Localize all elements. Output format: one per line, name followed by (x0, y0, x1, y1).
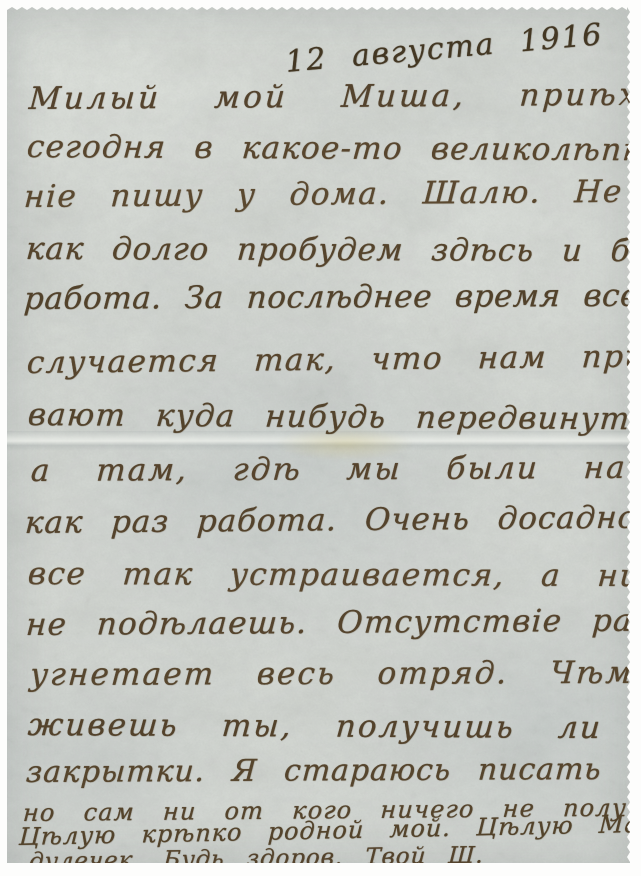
letter-line-9: как раз работа. Очень досадно, что (24, 499, 630, 541)
letter-line-5: работа. За послѣднее время все как-то (23, 277, 630, 317)
letter-line-7: вают куда нибудь передвинуться, (27, 397, 630, 438)
letter-line-1: Милый мой Миша, приѣхали (28, 76, 630, 117)
letter-paper: 12 августа 1916 Милый мой Миша, приѣхали… (7, 7, 630, 863)
letter-line-4: как долго пробудем здѣсь и будет ли (25, 231, 630, 270)
letter-line-11: не подѣлаешь. Отсутствіе работы (25, 602, 630, 643)
letter-line-3: ніе пишу у дома. Шалю. Не знаю, (23, 173, 630, 215)
scan-background: 12 августа 1916 Милый мой Миша, приѣхали… (0, 0, 641, 876)
letter-line-12: угнетает весь отряд. Чѣм-то (29, 655, 630, 693)
letter-line-6: случается так, что нам приказы- (26, 337, 630, 381)
letter-line-2: сегодня в какое-то великолѣпное имѣ (26, 129, 630, 169)
letter-line-13: живешь ты, получишь ли мои (27, 707, 630, 747)
letter-date: 12 августа 1916 (284, 17, 604, 80)
letter-line-14: закрытки. Я стараюсь писать чаще, (25, 751, 630, 790)
letter-line-8: а там, гдѣ мы были начинается (30, 449, 630, 489)
letter-line-10: все так устраивается, а ничего (27, 556, 630, 594)
